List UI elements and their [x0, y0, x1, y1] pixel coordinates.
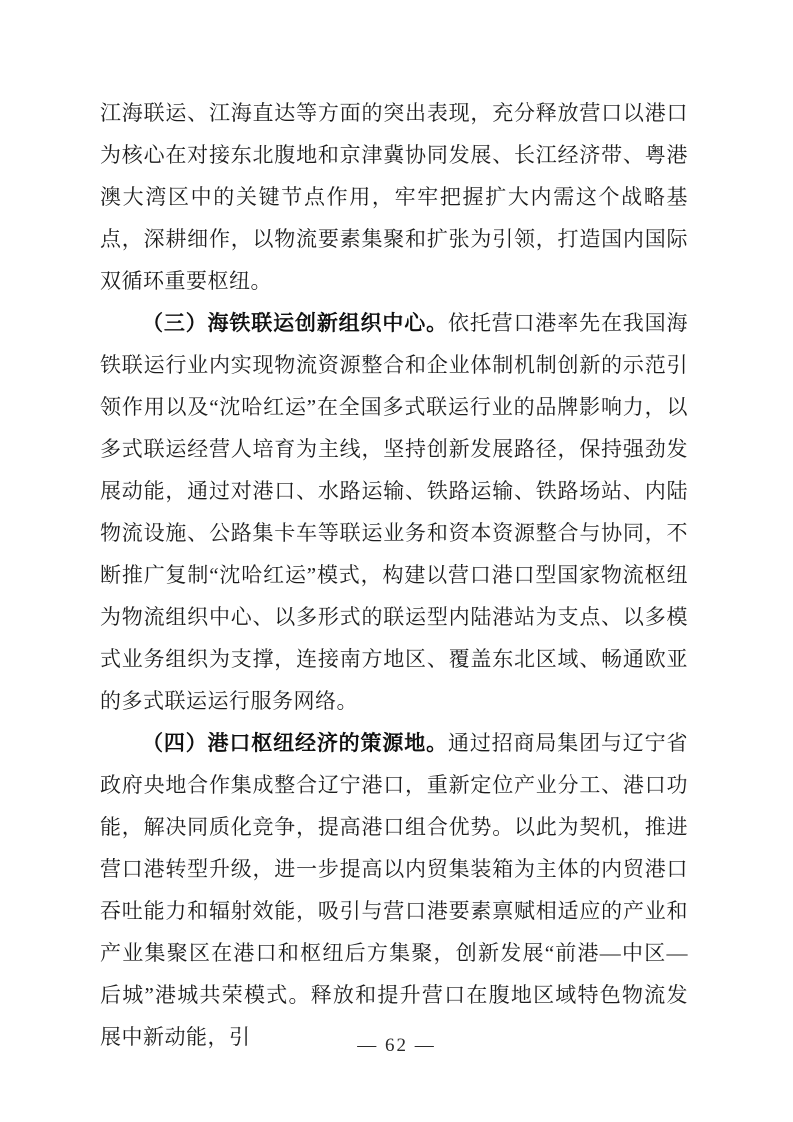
section-heading: （三）海铁联运创新组织中心。 [142, 311, 448, 335]
page-number: — 62 — [0, 1032, 793, 1060]
paragraph-text: 江海联运、江海直达等方面的突出表现，充分释放营口以港口为核心在对接东北腹地和京津… [100, 101, 688, 293]
document-page: 江海联运、江海直达等方面的突出表现，充分释放营口以港口为核心在对接东北腹地和京津… [0, 0, 793, 1122]
document-body: 江海联运、江海直达等方面的突出表现，充分释放营口以港口为核心在对接东北腹地和京津… [100, 92, 688, 1058]
paragraph-section-3: （三）海铁联运创新组织中心。依托营口港率先在我国海铁联运行业内实现物流资源整合和… [100, 302, 688, 722]
paragraph-continuation: 江海联运、江海直达等方面的突出表现，充分释放营口以港口为核心在对接东北腹地和京津… [100, 92, 688, 302]
section-heading: （四）港口枢纽经济的策源地。 [142, 731, 448, 755]
page-number-label: — 62 — [357, 1035, 436, 1056]
paragraph-text: 通过招商局集团与辽宁省政府央地合作集成整合辽宁港口，重新定位产业分工、港口功能，… [100, 731, 688, 1049]
paragraph-text: 依托营口港率先在我国海铁联运行业内实现物流资源整合和企业体制机制创新的示范引领作… [100, 311, 688, 713]
paragraph-section-4: （四）港口枢纽经济的策源地。通过招商局集团与辽宁省政府央地合作集成整合辽宁港口，… [100, 722, 688, 1058]
